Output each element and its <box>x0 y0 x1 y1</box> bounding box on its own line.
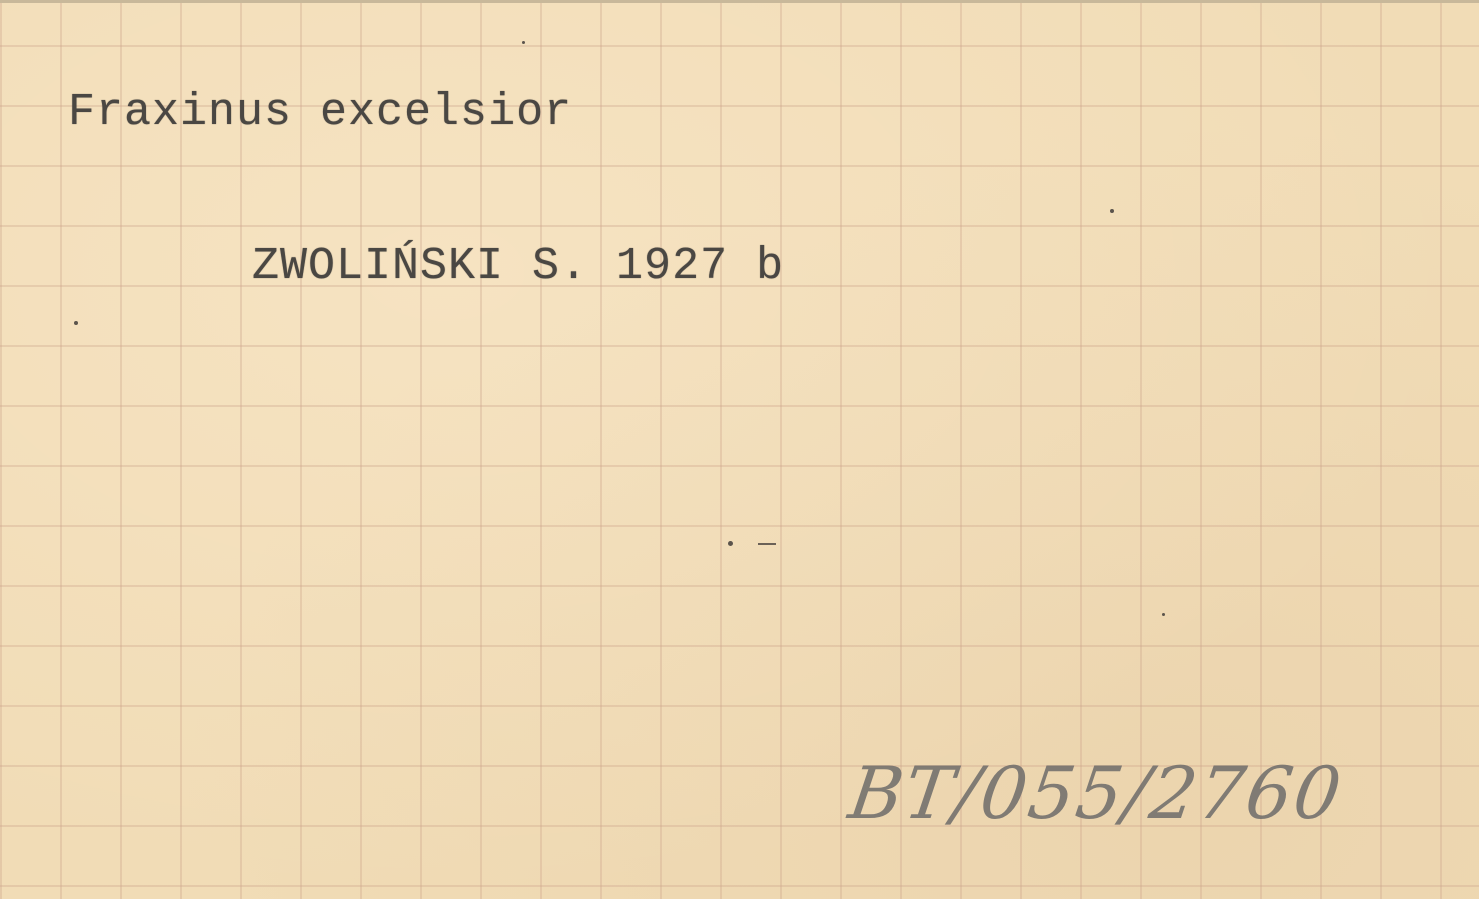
author-citation: ZWOLIŃSKI S. 1927 b <box>252 241 784 292</box>
ink-dash <box>758 543 776 545</box>
ink-speck <box>522 41 525 44</box>
ink-speck <box>74 321 78 325</box>
ink-speck <box>728 541 733 546</box>
ink-speck <box>1110 209 1114 213</box>
index-card: Fraxinus excelsior ZWOLIŃSKI S. 1927 b B… <box>0 0 1479 899</box>
ink-speck <box>1162 613 1165 616</box>
catalog-number-handwritten: BT/055/2760 <box>844 751 1348 835</box>
species-name: Fraxinus excelsior <box>68 87 572 138</box>
